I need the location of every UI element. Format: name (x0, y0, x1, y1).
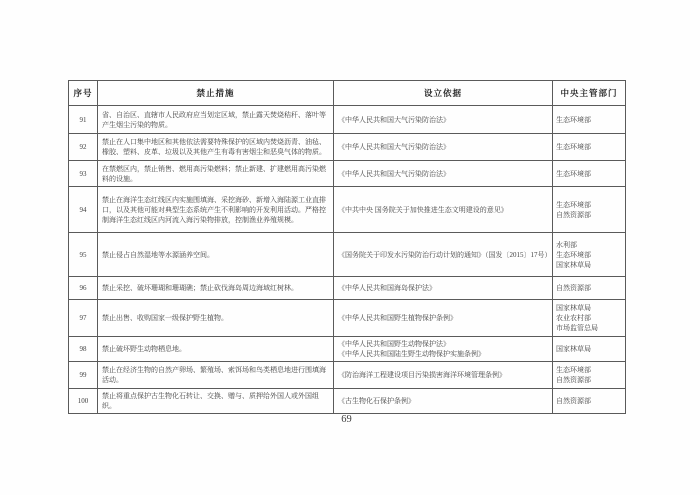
department-cell: 自然资源部 (553, 277, 626, 300)
row-number-cell: 94 (69, 187, 98, 233)
table-row: 94 禁止在海洋生态红线区内实施围填海、采挖海砂、新增入海陆源工业直排口，以及其… (69, 187, 626, 233)
basis-cell: 《中华人民共和国野生动物保护法》 《中华人民共和国陆生野生动物保护实施条例》 (334, 337, 553, 362)
department-cell: 国家林草局 农业农村部 市场监管总局 (553, 300, 626, 337)
page-number: 69 (68, 414, 625, 425)
measure-cell: 禁止出售、收购国家一级保护野生植物。 (98, 300, 334, 337)
header-department: 中央主管部门 (553, 81, 626, 106)
department-cell: 生态环境部 自然资源部 (553, 187, 626, 233)
table-row: 99 禁止在经济生物的自然产卵场、繁殖场、索饵场和鸟类栖息地进行围填海活动。 《… (69, 362, 626, 389)
department-cell: 生态环境部 自然资源部 (553, 362, 626, 389)
row-number-cell: 98 (69, 337, 98, 362)
basis-cell: 《中华人民共和国野生植物保护条例》 (334, 300, 553, 337)
measure-cell: 禁止采挖、破坏珊瑚和珊瑚礁；禁止砍伐海岛周边海域红树林。 (98, 277, 334, 300)
basis-cell: 《国务院关于印发水污染防治行动计划的通知》（国发〔2015〕17号） (334, 233, 553, 277)
row-number-cell: 97 (69, 300, 98, 337)
row-number-cell: 95 (69, 233, 98, 277)
table-header-row: 序号 禁止措施 设立依据 中央主管部门 (69, 81, 626, 106)
basis-cell: 《古生物化石保护条例》 (334, 389, 553, 414)
table-row: 97 禁止出售、收购国家一级保护野生植物。 《中华人民共和国野生植物保护条例》 … (69, 300, 626, 337)
row-number-cell: 92 (69, 134, 98, 161)
basis-cell: 《中华人民共和国大气污染防治法》 (334, 106, 553, 134)
table-row: 98 禁止破坏野生动物栖息地。 《中华人民共和国野生动物保护法》 《中华人民共和… (69, 337, 626, 362)
department-cell: 国家林草局 (553, 337, 626, 362)
header-measure: 禁止措施 (98, 81, 334, 106)
table-row: 93 在禁燃区内，禁止销售、燃用高污染燃料；禁止新建、扩建燃用高污染燃料的设施。… (69, 161, 626, 187)
row-number-cell: 93 (69, 161, 98, 187)
basis-cell: 《中华人民共和国海岛保护法》 (334, 277, 553, 300)
row-number-cell: 96 (69, 277, 98, 300)
table-row: 96 禁止采挖、破坏珊瑚和珊瑚礁；禁止砍伐海岛周边海域红树林。 《中华人民共和国… (69, 277, 626, 300)
measure-cell: 省、自治区、直辖市人民政府应当划定区域，禁止露天焚烧秸秆、落叶等产生烟尘污染的物… (98, 106, 334, 134)
basis-cell: 《中华人民共和国大气污染防治法》 (334, 134, 553, 161)
basis-cell: 《中华人民共和国大气污染防治法》 (334, 161, 553, 187)
department-cell: 生态环境部 (553, 161, 626, 187)
prohibited-measures-table: 序号 禁止措施 设立依据 中央主管部门 91 省、自治区、直辖市人民政府应当划定… (68, 80, 626, 414)
header-no: 序号 (69, 81, 98, 106)
table-row: 92 禁止在人口集中地区和其他依法需要特殊保护的区域内焚烧沥青、油毡、橡胶、塑料… (69, 134, 626, 161)
table-row: 100 禁止将重点保护古生物化石转让、交换、赠与、质押给外国人或外国组织。 《古… (69, 389, 626, 414)
measure-cell: 禁止在经济生物的自然产卵场、繁殖场、索饵场和鸟类栖息地进行围填海活动。 (98, 362, 334, 389)
measure-cell: 在禁燃区内，禁止销售、燃用高污染燃料；禁止新建、扩建燃用高污染燃料的设施。 (98, 161, 334, 187)
measure-cell: 禁止在海洋生态红线区内实施围填海、采挖海砂、新增入海陆源工业直排口，以及其他可能… (98, 187, 334, 233)
table-row: 95 禁止侵占自然湿地等水源涵养空间。 《国务院关于印发水污染防治行动计划的通知… (69, 233, 626, 277)
header-basis: 设立依据 (334, 81, 553, 106)
basis-cell: 《中共中央 国务院关于加快推进生态文明建设的意见》 (334, 187, 553, 233)
department-cell: 生态环境部 (553, 134, 626, 161)
document-page: 序号 禁止措施 设立依据 中央主管部门 91 省、自治区、直辖市人民政府应当划定… (0, 0, 700, 495)
measure-cell: 禁止在人口集中地区和其他依法需要特殊保护的区域内焚烧沥青、油毡、橡胶、塑料、皮革… (98, 134, 334, 161)
measure-cell: 禁止将重点保护古生物化石转让、交换、赠与、质押给外国人或外国组织。 (98, 389, 334, 414)
department-cell: 生态环境部 (553, 106, 626, 134)
row-number-cell: 100 (69, 389, 98, 414)
department-cell: 水利部 生态环境部 国家林草局 (553, 233, 626, 277)
measure-cell: 禁止侵占自然湿地等水源涵养空间。 (98, 233, 334, 277)
department-cell: 自然资源部 (553, 389, 626, 414)
row-number-cell: 91 (69, 106, 98, 134)
basis-cell: 《防治海洋工程建设项目污染损害海洋环境管理条例》 (334, 362, 553, 389)
measure-cell: 禁止破坏野生动物栖息地。 (98, 337, 334, 362)
row-number-cell: 99 (69, 362, 98, 389)
table-row: 91 省、自治区、直辖市人民政府应当划定区域，禁止露天焚烧秸秆、落叶等产生烟尘污… (69, 106, 626, 134)
